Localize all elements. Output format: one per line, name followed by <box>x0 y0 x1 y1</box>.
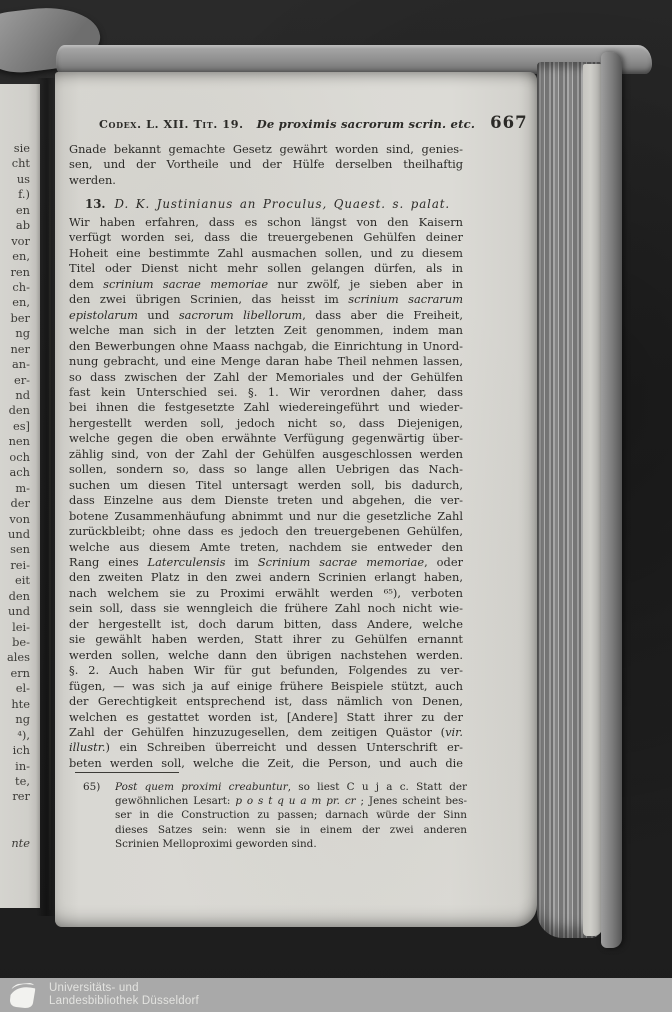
fore-edge-highlight <box>583 64 602 936</box>
footnote-line: dieses Satzes sein: wenn sie in einem de… <box>115 823 467 837</box>
fragment-line: und <box>0 527 30 542</box>
footnote-line: Post quem proximi creabuntur, so liest C… <box>115 780 467 794</box>
fragment-line: ber <box>0 311 30 326</box>
fragment-line <box>0 805 30 820</box>
facing-page-text-fragments: siechtusf.)enabvoren,rench-en,berngneran… <box>0 141 30 851</box>
fragment-line: ern <box>0 666 30 681</box>
fragment-line: ng <box>0 326 30 341</box>
fragment-line: rei- <box>0 558 30 573</box>
text-line: verfügt worden sei, dass die treuergeben… <box>69 230 463 245</box>
fragment-line: us <box>0 172 30 187</box>
fragment-line: ch- <box>0 280 30 295</box>
text-line: bei ihnen die festgesetzte Zahl wiederei… <box>69 400 463 415</box>
fragment-line: ach <box>0 465 30 480</box>
text-line: den zwei übrigen Scrinien, das heisst im… <box>69 292 463 307</box>
fragment-line: und <box>0 604 30 619</box>
text-line: Gnade bekannt gemachte Gesetz gewährt wo… <box>69 142 463 157</box>
text-line: fügen, — was sich ja auf einige frühere … <box>69 679 463 694</box>
fragment-line: ales <box>0 650 30 665</box>
text-line: den zweiten Platz in den zwei andern Scr… <box>69 570 463 585</box>
law-heading: 13.D. K. Justinianus an Proculus, Quaest… <box>85 196 463 212</box>
text-line: Zahl der Gehülfen hinzuzugesellen, dem z… <box>69 725 463 740</box>
text-line: sein soll, dass sie wenngleich die frühe… <box>69 601 463 616</box>
fragment-line: nte <box>0 836 30 851</box>
fragment-line: vor <box>0 234 30 249</box>
book-cover-right-edge <box>601 52 622 948</box>
section-label: Codex. L. XII. Tit. 19. <box>99 117 244 131</box>
fragment-line: en <box>0 203 30 218</box>
fragment-line: ren <box>0 265 30 280</box>
running-head: Codex. L. XII. Tit. 19. De proximis sacr… <box>55 113 537 135</box>
text-line: nung gebracht, und eine Menge daran habe… <box>69 354 463 369</box>
ulb-logo-icon <box>3 979 41 1011</box>
book-scan-photo: siechtusf.)enabvoren,rench-en,berngneran… <box>0 0 672 1012</box>
footnote-line: gewöhnlichen Lesart: p o s t q u a m pr.… <box>115 794 467 808</box>
fragment-line: m- <box>0 481 30 496</box>
text-line: §. 2. Auch haben Wir für gut befunden, F… <box>69 663 463 678</box>
text-line: hergestellt werden soll, jedoch nicht so… <box>69 416 463 431</box>
page-number: 667 <box>490 113 527 132</box>
text-line: den Bewerbungen ohne Maass nachgab, die … <box>69 339 463 354</box>
fragment-line: cht <box>0 156 30 171</box>
fragment-line: eit <box>0 573 30 588</box>
fragment-line: be- <box>0 635 30 650</box>
book-page: Codex. L. XII. Tit. 19. De proximis sacr… <box>55 72 537 927</box>
text-line: Wir haben erfahren, dass es schon längst… <box>69 215 463 230</box>
text-line: botene Zusammenhäufung abnimmt und nur d… <box>69 509 463 524</box>
fragment-line: sie <box>0 141 30 156</box>
opening-paragraph: Gnade bekannt gemachte Gesetz gewährt wo… <box>69 142 463 188</box>
text-line: welche gegen die oben erwähnte Verfügung… <box>69 431 463 446</box>
fragment-line: en, <box>0 295 30 310</box>
fragment-line: ng <box>0 712 30 727</box>
text-line: welche aus diesem Amte treten, nachdem s… <box>69 540 463 555</box>
fragment-line: sen <box>0 542 30 557</box>
fragment-line: f.) <box>0 187 30 202</box>
fragment-line: ner <box>0 342 30 357</box>
fragment-line: den <box>0 403 30 418</box>
text-line: der hergestellt ist, doch darum bitten, … <box>69 617 463 632</box>
footnote-line: ser in die Construction zu passen; darna… <box>115 808 467 822</box>
fragment-line: rer <box>0 789 30 804</box>
text-line: Hoheit eine bestimmte Zahl ausmachen sol… <box>69 246 463 261</box>
page-fold-line <box>49 84 51 910</box>
fragment-line: von <box>0 512 30 527</box>
text-line: illustr.) ein Schreiben überreicht und d… <box>69 740 463 755</box>
text-line: so dass zwischen der Zahl der Memoriales… <box>69 370 463 385</box>
text-line: zählig sind, von der Zahl der Gehülfen a… <box>69 447 463 462</box>
text-line: werden sollen, welche dann den übrigen n… <box>69 648 463 663</box>
fragment-line: der <box>0 496 30 511</box>
text-line: suchen um diesen Titel untersagt werden … <box>69 478 463 493</box>
fragment-line: in- <box>0 759 30 774</box>
footnote: Post quem proximi creabuntur, so liest C… <box>115 780 467 851</box>
text-line: dem scrinium sacrae memoriae nur zwölf, … <box>69 277 463 292</box>
text-line: der Gerechtigkeit entsprechend ist, dass… <box>69 694 463 709</box>
law-heading-text: D. K. Justinianus an Proculus, Quaest. s… <box>115 197 451 211</box>
fragment-line: te, <box>0 774 30 789</box>
library-name-line2: Landesbibliothek Düsseldorf <box>49 995 199 1009</box>
text-line: beten werden soll, welche die Zeit, die … <box>69 756 463 771</box>
fragment-line: er- <box>0 373 30 388</box>
chapter-title: De proximis sacrorum scrin. etc. <box>257 117 476 131</box>
footnote-marker: 65) <box>83 780 100 794</box>
text-line: Rang eines Laterculensis im Scrinium sac… <box>69 555 463 570</box>
body-paragraph: Wir haben erfahren, dass es schon längst… <box>69 215 463 771</box>
library-name: Universitäts- und Landesbibliothek Düsse… <box>49 982 199 1009</box>
text-line: nach welchem sie zu Proximi erwählt werd… <box>69 586 463 601</box>
text-line: welche man sich in der letzten Zeit geno… <box>69 323 463 338</box>
law-number: 13. <box>85 197 106 211</box>
fragment-line: es] <box>0 419 30 434</box>
fragment-line: och <box>0 450 30 465</box>
footnote-rule <box>75 772 179 773</box>
text-line: welchen es gestattet worden ist, [Andere… <box>69 710 463 725</box>
fragment-line: ich <box>0 743 30 758</box>
fragment-line: ab <box>0 218 30 233</box>
footnote-line: Scrinien Melloproximi geworden sind. <box>115 837 467 851</box>
text-line: werden. <box>69 173 463 188</box>
text-line: epistolarum und sacrorum libellorum, das… <box>69 308 463 323</box>
text-line: sen, und der Vortheile und der Hülfe der… <box>69 157 463 172</box>
fragment-line: den <box>0 589 30 604</box>
fragment-line: hte <box>0 697 30 712</box>
library-stamp-bar: Universitäts- und Landesbibliothek Düsse… <box>0 978 672 1012</box>
text-line: sie gewählt haben werden, Statt ihrer zu… <box>69 632 463 647</box>
fragment-line <box>0 820 30 835</box>
library-name-line1: Universitäts- und <box>49 982 199 996</box>
fragment-line: nd <box>0 388 30 403</box>
fragment-line: en, <box>0 249 30 264</box>
text-line: fast kein Unterschied sei. §. 1. Wir ver… <box>69 385 463 400</box>
text-line: Titel oder Dienst nicht mehr sollen gela… <box>69 261 463 276</box>
fragment-line: ⁴), <box>0 728 30 743</box>
fragment-line: an- <box>0 357 30 372</box>
fragment-line: lei- <box>0 620 30 635</box>
text-line: zurückbleibt; ohne dass es jedoch den tr… <box>69 524 463 539</box>
text-line: sollen, sondern so, dass so lange allen … <box>69 462 463 477</box>
fragment-line: el- <box>0 681 30 696</box>
text-line: dass Einzelne aus dem Dienste treten und… <box>69 493 463 508</box>
fragment-line: nen <box>0 434 30 449</box>
